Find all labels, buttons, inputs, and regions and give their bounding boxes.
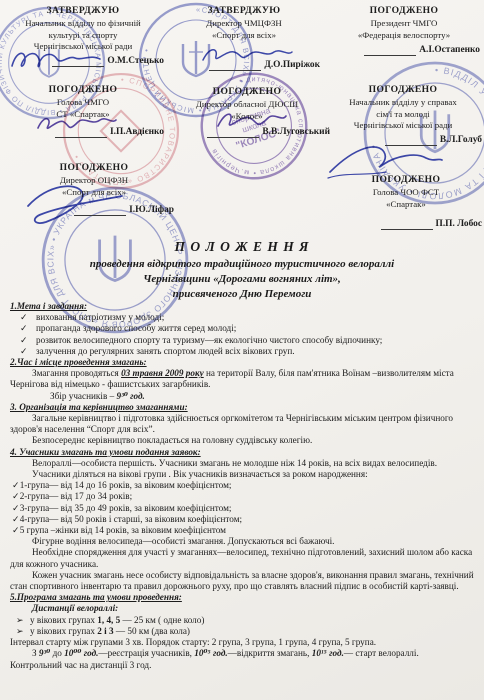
paragraph: Безпосереднє керівництво покладається на… bbox=[10, 435, 480, 446]
approver-name: Д.О.Пиріжок bbox=[264, 59, 320, 71]
approval-role-line: Директор ЧМЦФЗН bbox=[168, 18, 320, 29]
age-group-item: ✓4-група— від 50 років і старші, за віко… bbox=[10, 514, 480, 525]
paragraph: Велораллі—особиста першість. Учасники зм… bbox=[10, 458, 480, 469]
age-group-item: ✓5 група –жінки від 14 років, за віковим… bbox=[10, 525, 480, 536]
signature-line bbox=[55, 127, 107, 138]
checkmark-icon: ✓ bbox=[12, 480, 20, 490]
approval-role-line: Голова ЧОО ФСТ bbox=[330, 187, 482, 198]
approval-role-line: Начальник відділу у справах bbox=[324, 97, 482, 108]
approver-name: І.Ю.Ліфар bbox=[129, 204, 174, 216]
checkmark-icon: ✓ bbox=[12, 525, 20, 535]
checkmark-icon: ✓ bbox=[12, 491, 20, 501]
signature-line bbox=[209, 60, 261, 71]
approval-block-stetsko: ЗАТВЕРДЖУЮ Начальник відділу по фізичній… bbox=[2, 5, 164, 67]
paragraph-control-time: Контрольний час на дистанції 3 год. bbox=[10, 660, 480, 671]
approval-role-line: «Федерація велоспорту» bbox=[328, 30, 480, 41]
scanned-document-page: • ЧЕРНІГІВСЬКА МІСЬКА РАДА • ВІДДІЛ ПО Ф… bbox=[0, 0, 484, 700]
paragraph: Необхідне спорядження для участі у змага… bbox=[10, 547, 480, 569]
approval-role-line: «Спартак» bbox=[330, 199, 482, 210]
group-numbers: 2 і 3 bbox=[97, 626, 113, 636]
approval-block-lifar: ПОГОДЖЕНО Директор ОЦФЗН «Спорт для всіх… bbox=[14, 162, 174, 216]
approval-block-lobos: ПОГОДЖЕНО Голова ЧОО ФСТ «Спартак» П.П. … bbox=[330, 174, 482, 230]
paragraph-event-date: Змагання проводяться 03 травня 2009 року… bbox=[10, 368, 480, 390]
paragraph-schedule: З 9³⁰ до 10⁰⁰ год.—реєстрація учасників,… bbox=[10, 648, 480, 659]
approval-role-line: «Колос» bbox=[164, 111, 330, 122]
subheading-distances: Дистанції велораллі: bbox=[10, 603, 480, 614]
signature-line bbox=[381, 219, 433, 230]
list-item: ✓розвиток велосипедного спорту та туризм… bbox=[10, 335, 480, 346]
approval-role-line: Чернігівської міської ради bbox=[324, 120, 482, 131]
section-heading-time-place: 2.Час і місце проведення змагань: bbox=[10, 357, 480, 368]
approval-role-line: «Спорт для всіх» bbox=[168, 30, 320, 41]
approval-role-line: Президент ЧМГО bbox=[328, 18, 480, 29]
section-heading-goals: 1.Мета і завдання: bbox=[10, 301, 480, 312]
approval-status: ЗАТВЕРДЖУЮ bbox=[2, 5, 164, 17]
approval-role-line: Чернігівської міської ради bbox=[2, 41, 164, 52]
approval-block-avdiienko: ПОГОДЖЕНО Голова ЧМГО СТ «Спартак» І.П.А… bbox=[2, 84, 164, 138]
document-subtitle-line: Чернігівщини «Дорогами вогняних літ», bbox=[0, 272, 484, 287]
time-registration-start: 9³⁰ bbox=[39, 648, 50, 658]
time-opening: 10⁰⁵ bbox=[194, 648, 210, 658]
approval-role-line: сім'ї та молоді bbox=[324, 109, 482, 120]
paragraph: Учасники діляться на вікові групи . Вік … bbox=[10, 469, 480, 480]
approval-block-ostapenko: ПОГОДЖЕНО Президент ЧМГО «Федерація вело… bbox=[328, 5, 480, 56]
approver-name: В.В.Луговський bbox=[262, 126, 330, 138]
checkmark-icon: ✓ bbox=[20, 346, 36, 357]
approver-name: І.П.Авдієнко bbox=[110, 126, 164, 138]
document-subtitle-line: проведення відкритого традиційного турис… bbox=[0, 257, 484, 272]
approver-name: А.І.Остапенко bbox=[419, 44, 480, 56]
paragraph: Фігурне водіння велосипеда—особисті змаг… bbox=[10, 536, 480, 547]
section-heading-program: 5.Програма змагань та умови проведення: bbox=[10, 592, 480, 603]
checkmark-icon: ✓ bbox=[20, 312, 36, 323]
section-heading-organization: 3. Організація та керівництво змаганнями… bbox=[10, 402, 480, 413]
list-item: ✓виховання патріотизму у молоді; bbox=[10, 312, 480, 323]
distance-item: ➢у вікових групах 1, 4, 5 — 25 км ( одне… bbox=[10, 615, 480, 626]
approval-role-line: Директор обласної ДЮСШ bbox=[164, 99, 330, 110]
approval-role-line: Директор ОЦФЗН bbox=[14, 175, 174, 186]
approval-role-line: культурі та спорту bbox=[2, 30, 164, 41]
age-group-item: ✓1-група— від 14 до 16 років, за віковим… bbox=[10, 480, 480, 491]
time-start: 10¹⁵ bbox=[312, 648, 327, 658]
paragraph: Загальне керівництво і підготовка здійсн… bbox=[10, 413, 480, 435]
distance-item: ➢у вікових групах 2 і 3 — 50 км (два кол… bbox=[10, 626, 480, 637]
approver-name: В.Л.Голуб bbox=[440, 134, 482, 146]
checkmark-icon: ✓ bbox=[20, 323, 36, 334]
approval-block-luhovskyi: ПОГОДЖЕНО Директор обласної ДЮСШ «Колос»… bbox=[164, 86, 330, 138]
approval-status: ПОГОДЖЕНО bbox=[324, 84, 482, 96]
checkmark-icon: ✓ bbox=[12, 514, 20, 524]
document-title-block: П О Л О Ж Е Н Н Я проведення відкритого … bbox=[0, 239, 484, 302]
approval-block-pirizhok: ЗАТВЕРДЖУЮ Директор ЧМЦФЗН «Спорт для вс… bbox=[168, 5, 320, 71]
approval-role-line: СТ «Спартак» bbox=[2, 109, 164, 120]
arrow-bullet-icon: ➢ bbox=[16, 626, 30, 637]
paragraph-start-order: Інтервал старту між групами 3 хв. Порядо… bbox=[10, 637, 480, 648]
approval-status: ПОГОДЖЕНО bbox=[330, 174, 482, 186]
approver-name: П.П. Лобос bbox=[436, 218, 482, 230]
signature-line bbox=[74, 205, 126, 216]
document-subtitle-line: присвяченого Дню Перемоги bbox=[0, 287, 484, 302]
age-group-item: ✓3-група— від 35 до 49 років, за віковим… bbox=[10, 503, 480, 514]
signature-line bbox=[52, 56, 104, 67]
document-body: 1.Мета і завдання: ✓виховання патріотизм… bbox=[10, 301, 480, 671]
group-numbers: 1, 4, 5 bbox=[97, 615, 120, 625]
arrow-bullet-icon: ➢ bbox=[16, 615, 30, 626]
age-group-item: ✓2-група— від 17 до 34 років; bbox=[10, 491, 480, 502]
approval-role-line: Начальник відділу по фізичній bbox=[2, 18, 164, 29]
checkmark-icon: ✓ bbox=[12, 503, 20, 513]
approval-status: ПОГОДЖЕНО bbox=[164, 86, 330, 98]
gathering-time: 9³⁰ bbox=[116, 391, 127, 401]
approval-role-line: «Спорт для всіх» bbox=[14, 187, 174, 198]
section-heading-participants: 4. Учасники змагань та умови подання зая… bbox=[10, 447, 480, 458]
time-registration-end: 10⁰⁰ bbox=[64, 648, 81, 658]
document-title: П О Л О Ж Е Н Н Я bbox=[0, 239, 484, 255]
paragraph: Кожен учасник змагань несе особисту відп… bbox=[10, 570, 480, 592]
checkmark-icon: ✓ bbox=[20, 335, 36, 346]
approval-block-holub: ПОГОДЖЕНО Начальник відділу у справах сі… bbox=[324, 84, 482, 146]
signature-line bbox=[207, 127, 259, 138]
approval-role-line: Голова ЧМГО bbox=[2, 97, 164, 108]
approval-status: ЗАТВЕРДЖУЮ bbox=[168, 5, 320, 17]
approval-status: ПОГОДЖЕНО bbox=[14, 162, 174, 174]
signature-line bbox=[364, 45, 416, 56]
event-date: 03 травня 2009 року bbox=[121, 368, 204, 378]
approver-name: О.М.Стецько bbox=[107, 55, 164, 67]
list-item: ✓залучення до регулярних занять спортом … bbox=[10, 346, 480, 357]
list-item: ✓пропаганда здорового способу життя сере… bbox=[10, 323, 480, 334]
approval-status: ПОГОДЖЕНО bbox=[328, 5, 480, 17]
approval-status: ПОГОДЖЕНО bbox=[2, 84, 164, 96]
paragraph-gathering-time: Збір учасників – 9³⁰ год. bbox=[10, 391, 480, 402]
signature-line bbox=[385, 135, 437, 146]
